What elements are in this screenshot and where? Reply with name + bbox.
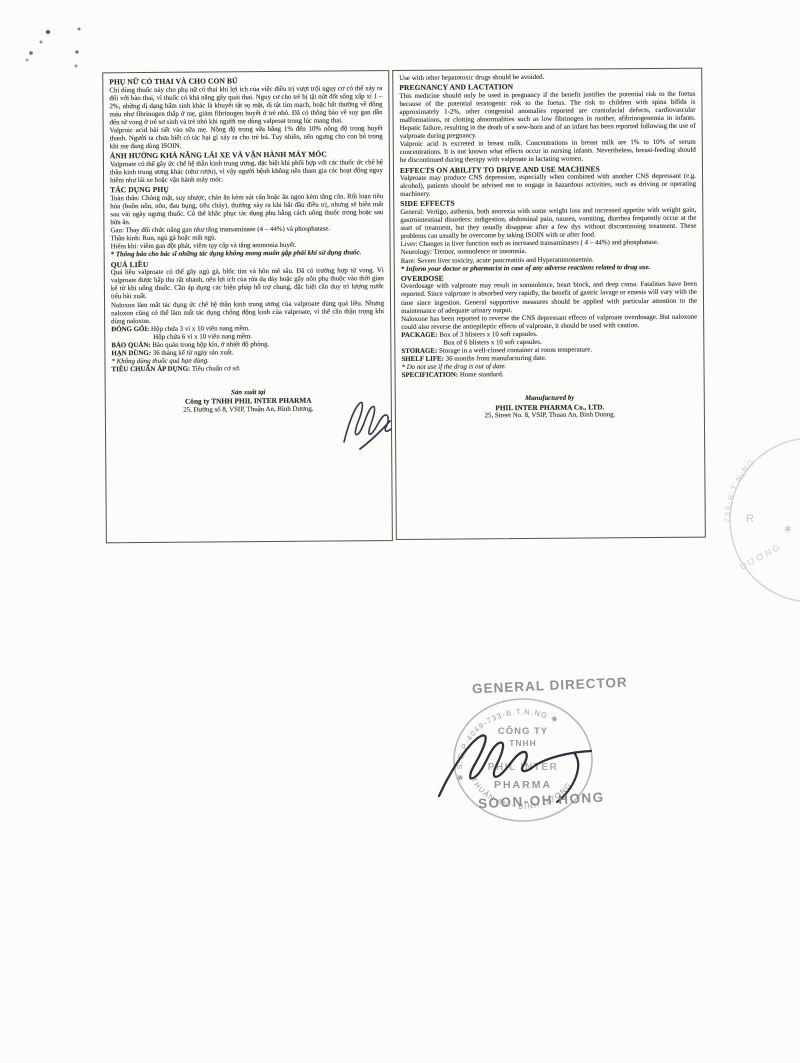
text-p: This medicine should only be used in pre… [399,90,695,141]
text-p: Quá liều valproate có thể gây ngủ gà, bl… [111,267,384,302]
text-p: Overdosage with valproate may result in … [401,281,697,316]
text-p: Naloxon làm mất tác dụng ức chế hệ thần … [111,300,384,326]
line-label: PACKAGE: [401,332,437,339]
line-label: SHELF LIFE: [401,356,443,363]
line-label: ĐÓNG GÓI: [111,326,149,333]
edge-stamp-bottom-text: DƯƠNG [738,542,783,572]
handwritten-initials [336,390,398,452]
text-lbl: TIÊU CHUẨN ÁP DỤNG: Tiêu chuẩn cơ sở. [112,364,385,374]
text-lbl: SPECIFICATION: Home standard. [402,370,698,380]
text-ca: 25, Street No. 8, VSIP, Thuan An, Binh D… [402,410,698,420]
leaflet-right-column-english: Use with other hepatotoxic drugs should … [392,68,706,540]
stamp-title: GENERAL DIRECTOR [472,675,628,697]
leaflet-left-column-vietnamese: PHỤ NỮ CÓ THAI VÀ CHO CON BÚChỉ dùng thu… [102,70,393,543]
line-label: STORAGE: [401,348,437,355]
company-stamp: GENERAL DIRECTOR ✱ S.G.P-4049-733-B.T.N.… [440,676,635,832]
text-p: Valproic acid bài tiết vào sữa mẹ. Nồng … [110,125,383,151]
scanned-page: PHỤ NỮ CÓ THAI VÀ CHO CON BÚChỉ dùng thu… [0,0,800,1063]
faint-edge-stamp: 733-B.T.N.NG Y R DƯƠNG ✱ [700,428,800,618]
initials-stroke [344,402,391,442]
text-p: General: Vertigo, asthenia, both anorexi… [400,207,696,242]
text-p: Valproic acid is excreted in breast milk… [400,139,696,166]
line-label: SPECIFICATION: [402,372,459,379]
signature-stroke [439,735,591,796]
edge-stamp-ring [730,438,800,602]
edge-stamp-star: ✱ [784,524,792,534]
leaflet-document: PHỤ NỮ CÓ THAI VÀ CHO CON BÚChỉ dùng thu… [0,0,800,703]
text-p: Valproate may produce CNS depression, es… [400,173,696,200]
text-p: Valproate có thể gây ức chế hệ thần kinh… [110,159,383,185]
text-p: Toàn thân: Chóng mặt, suy nhược, chán ăn… [110,193,383,228]
line-label: BẢO QUẢN: [111,342,150,349]
edge-stamp-letter-r: R [746,513,754,525]
line-label: TIÊU CHUẨN ÁP DỤNG: [112,366,191,374]
initials-slash [360,421,390,449]
line-label: HẠN DÙNG: [111,350,151,357]
text-p: Chỉ dùng thuốc này cho phụ nữ có thai kh… [109,85,382,128]
